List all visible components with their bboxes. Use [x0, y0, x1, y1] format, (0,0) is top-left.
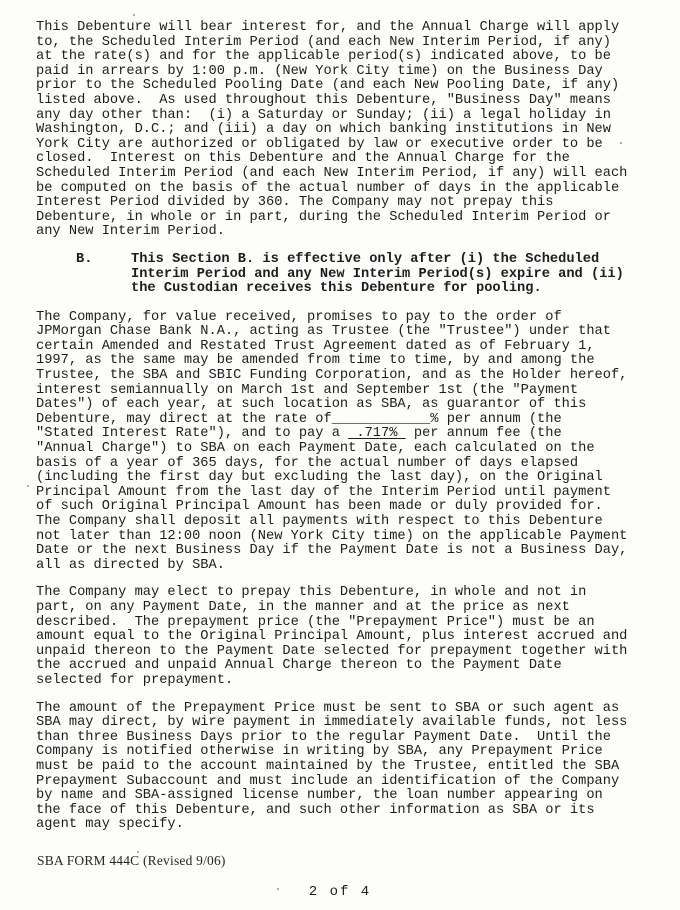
text-line: Interim Period and any New Interim Perio…	[131, 268, 624, 283]
document-page: This Debenture will bear interest for, a…	[0, 0, 680, 910]
text-line: This Debenture will bear interest for, a…	[36, 21, 652, 36]
text-line: Date or the next Business Day if the Pay…	[36, 544, 652, 559]
paragraph-1: This Debenture will bear interest for, a…	[36, 21, 652, 240]
text-line: (including the first day but excluding t…	[36, 471, 652, 486]
text-line: at the rate(s) and for the applicable pe…	[36, 50, 652, 65]
text-line: the Custodian receives this Debenture fo…	[131, 282, 624, 297]
text-line: "Stated Interest Rate"), and to pay a .7…	[36, 427, 652, 442]
text-line: Principal Amount from the last day of th…	[36, 486, 652, 501]
text-line: The amount of the Prepayment Price must …	[36, 702, 652, 717]
text-line: 1997, as the same may be amended from ti…	[36, 354, 652, 369]
text-line: listed above. As used throughout this De…	[36, 94, 652, 109]
text-line: all as directed by SBA.	[36, 559, 652, 574]
text-line: This Section B. is effective only after …	[131, 253, 624, 268]
text-segment: "Stated Interest Rate"), and to pay a	[36, 426, 348, 441]
section-text: This Section B. is effective only after …	[131, 253, 624, 297]
paragraph-3: The Company, for value received, promise…	[36, 311, 652, 574]
text-line: to, the Scheduled Interim Period (and ea…	[36, 36, 652, 51]
text-line: the face of this Debenture, and such oth…	[36, 804, 652, 819]
scan-speck	[620, 142, 622, 144]
scan-speck	[137, 851, 139, 853]
scan-speck	[277, 888, 279, 890]
text-line: Washington, D.C.; and (iii) a day on whi…	[36, 123, 652, 138]
text-line: amount equal to the Original Principal A…	[36, 630, 652, 645]
text-line: "Annual Charge") to SBA on each Payment …	[36, 442, 652, 457]
text-line: described. The prepayment price (the "Pr…	[36, 616, 652, 631]
text-line: Prepayment Subaccount and must include a…	[36, 775, 652, 790]
text-line: the accrued and unpaid Annual Charge the…	[36, 659, 652, 674]
text-line: than three Business Days prior to the re…	[36, 731, 652, 746]
text-line: Dates") of each year, at such location a…	[36, 398, 652, 413]
text-line: agent may specify.	[36, 818, 652, 833]
text-line: Debenture, in whole or in part, during t…	[36, 211, 652, 226]
scan-speck	[133, 14, 135, 16]
annual-charge-rate-value: .717%	[348, 426, 406, 441]
text-line: any day other than: (i) a Saturday or Su…	[36, 109, 652, 124]
page-number: 2 of 4	[0, 884, 680, 900]
text-line: The Company may elect to prepay this Deb…	[36, 586, 652, 601]
text-line: Scheduled Interim Period (and each New I…	[36, 167, 652, 182]
text-line: certain Amended and Restated Trust Agree…	[36, 340, 652, 355]
text-line: unpaid thereon to the Payment Date selec…	[36, 645, 652, 660]
text-line: Debenture, may direct at the rate of____…	[36, 413, 652, 428]
text-segment: per annum fee (the	[406, 426, 562, 441]
text-line: of such Original Principal Amount has be…	[36, 500, 652, 515]
section-label: B.	[76, 253, 131, 297]
document-body: This Debenture will bear interest for, a…	[36, 21, 652, 846]
text-line: not later than 12:00 noon (New York City…	[36, 530, 652, 545]
text-line: be computed on the basis of the actual n…	[36, 182, 652, 197]
text-line: prior to the Scheduled Pooling Date (and…	[36, 79, 652, 94]
text-line: paid in arrears by 1:00 p.m. (New York C…	[36, 65, 652, 80]
paragraph-4: The Company may elect to prepay this Deb…	[36, 586, 652, 688]
text-line: basis of a year of 365 days, for the act…	[36, 457, 652, 472]
text-line: Trustee, the SBA and SBIC Funding Corpor…	[36, 369, 652, 384]
text-line: interest semiannually on March 1st and S…	[36, 384, 652, 399]
text-line: York City are authorized or obligated by…	[36, 138, 652, 153]
section-b: B.This Section B. is effective only afte…	[76, 253, 652, 297]
text-line: The Company, for value received, promise…	[36, 311, 652, 326]
text-line: by name and SBA-assigned license number,…	[36, 789, 652, 804]
text-line: must be paid to the account maintained b…	[36, 760, 652, 775]
text-line: any New Interim Period.	[36, 225, 652, 240]
form-identifier: SBA FORM 444C (Revised 9/06)	[37, 853, 226, 869]
scan-speck	[27, 485, 29, 487]
text-line: SBA may direct, by wire payment in immed…	[36, 716, 652, 731]
text-line: selected for prepayment.	[36, 674, 652, 689]
text-line: The Company shall deposit all payments w…	[36, 515, 652, 530]
text-line: part, on any Payment Date, in the manner…	[36, 601, 652, 616]
text-line: Company is notified otherwise in writing…	[36, 745, 652, 760]
text-line: JPMorgan Chase Bank N.A., acting as Trus…	[36, 325, 652, 340]
text-line: Interest Period divided by 360. The Comp…	[36, 196, 652, 211]
paragraph-5: The amount of the Prepayment Price must …	[36, 702, 652, 833]
text-line: closed. Interest on this Debenture and t…	[36, 152, 652, 167]
